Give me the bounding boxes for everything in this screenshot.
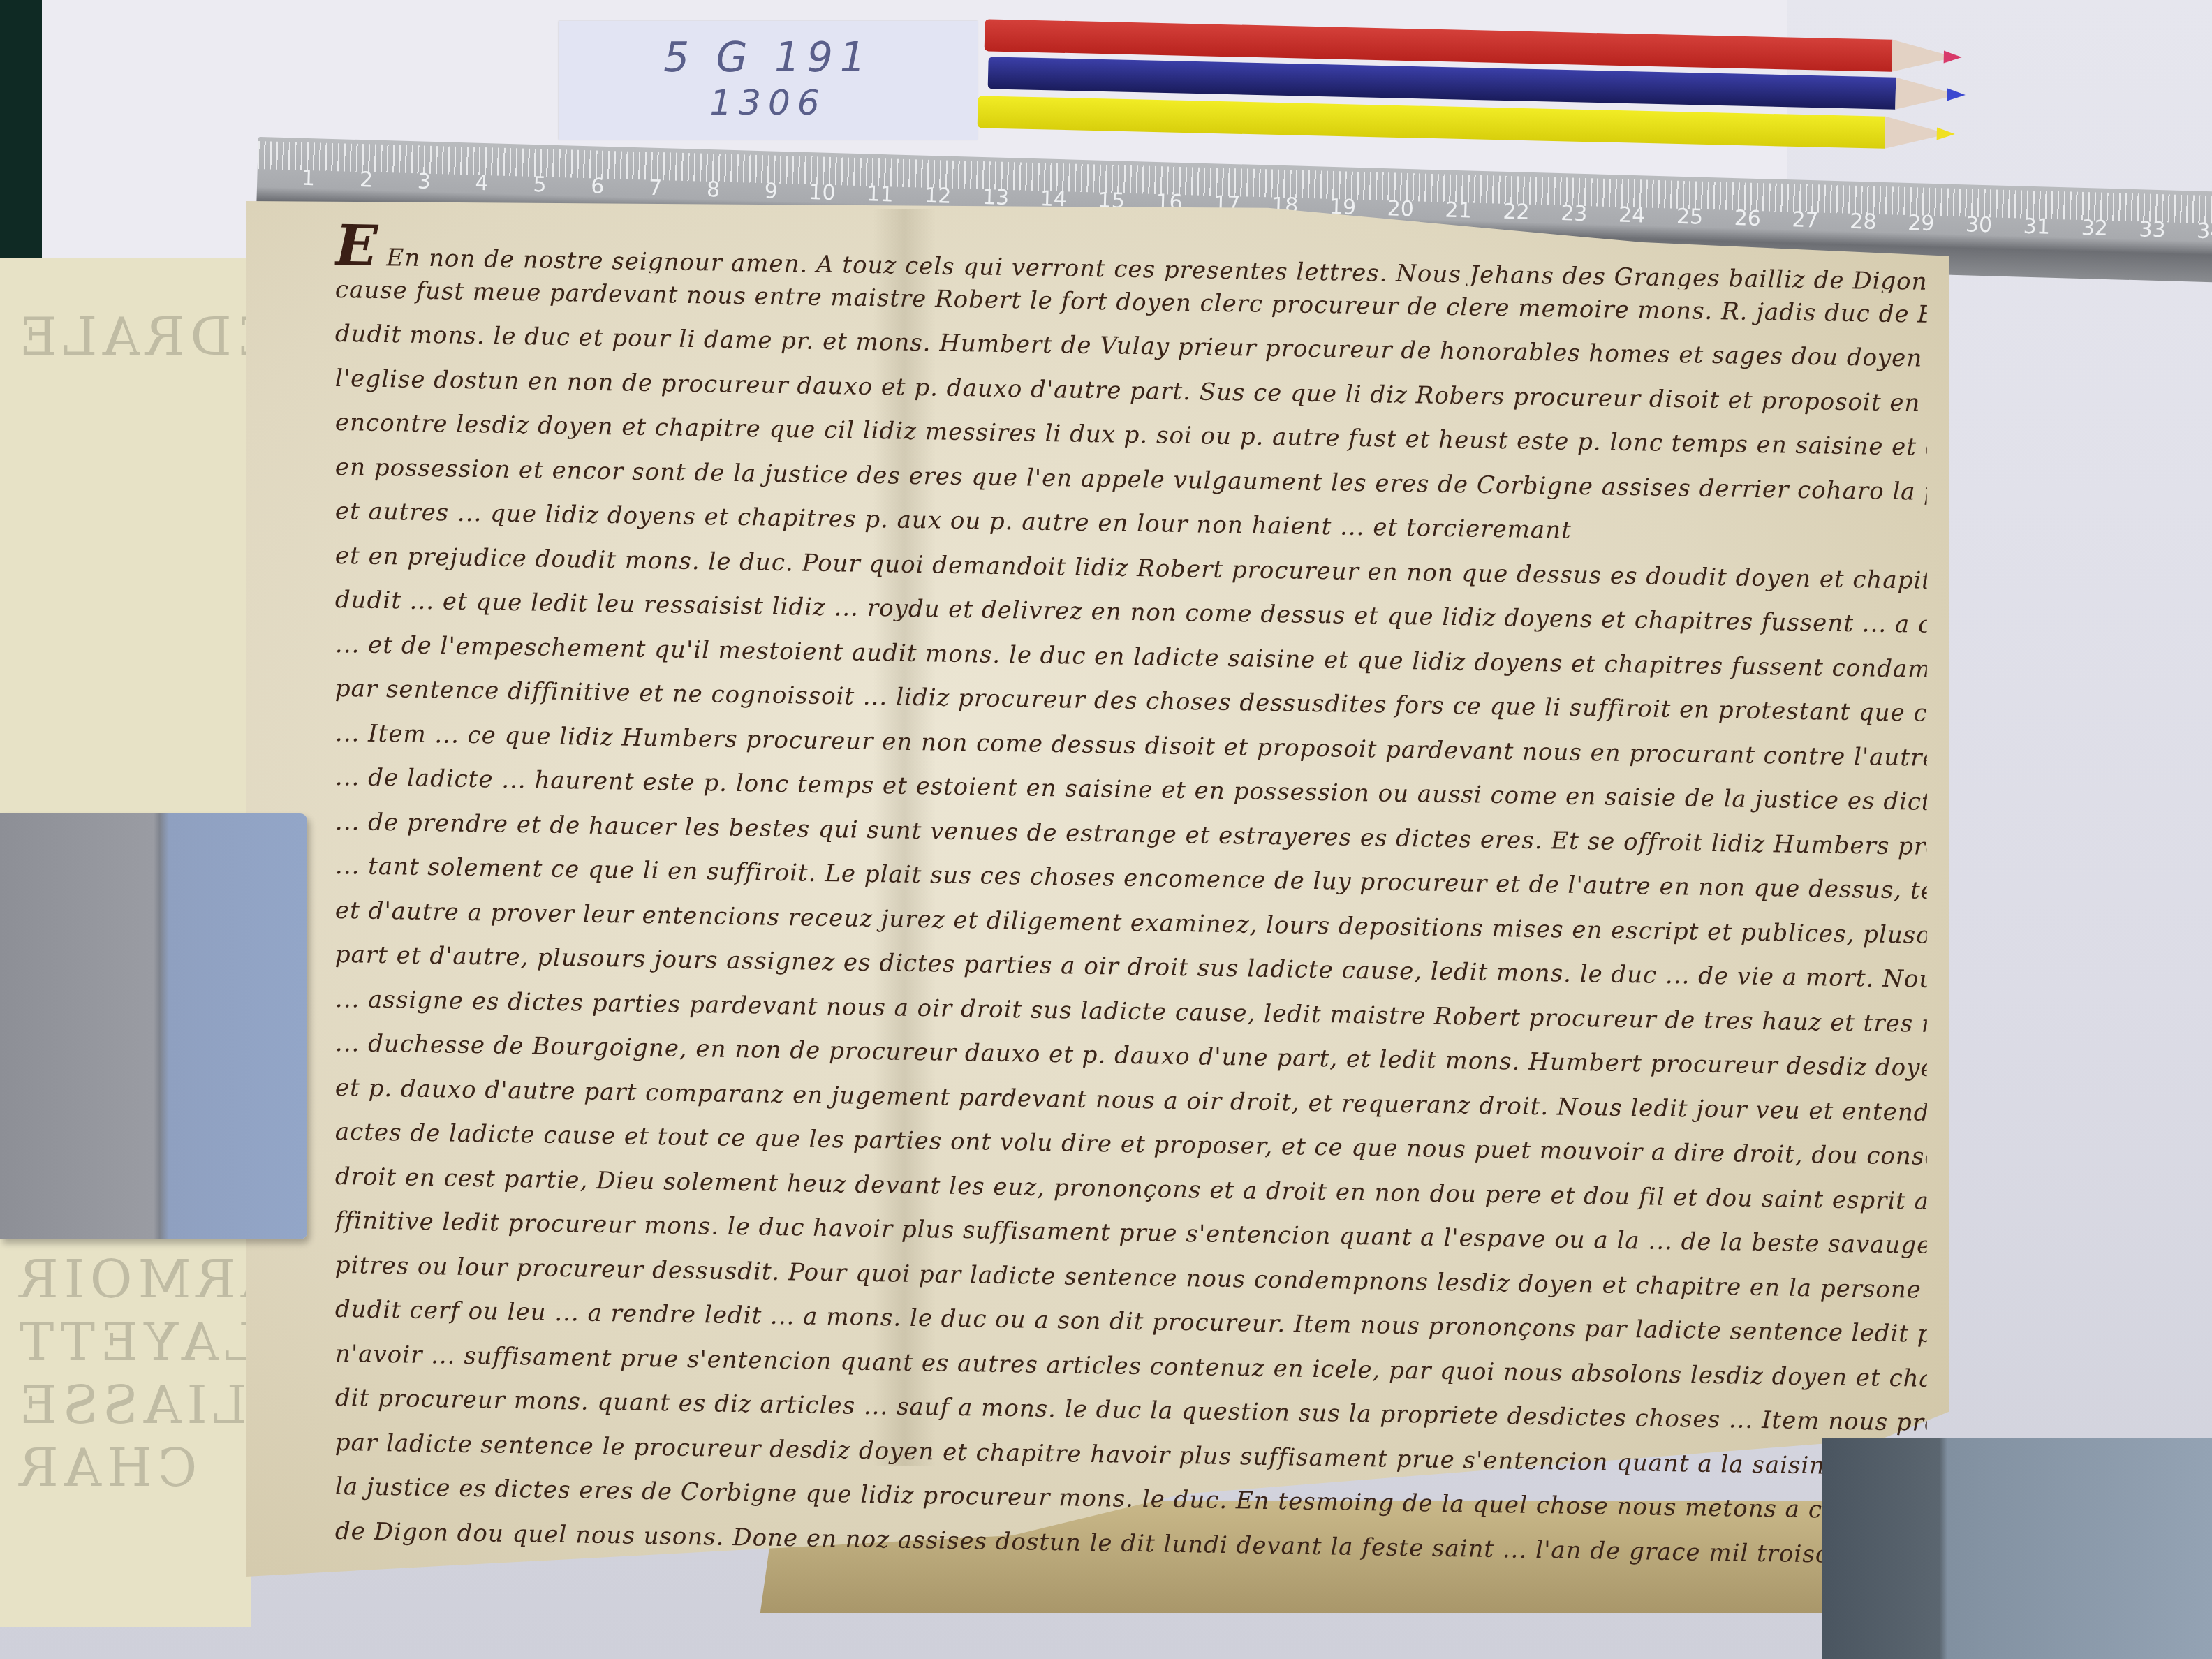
ruler-tick-label: 30 [1934, 212, 1993, 241]
marble-weight-right [1822, 1438, 2212, 1659]
ruler-tick-label: 7 [604, 175, 663, 204]
ruler-tick-label: 31 [1992, 213, 2051, 242]
ruler-tick-label: 3 [372, 168, 431, 198]
marble-weight-left [0, 813, 307, 1239]
charter-text: E En non de nostre seignour amen. A touz… [335, 223, 1927, 1554]
ruler-tick-label: 10 [777, 179, 836, 209]
folder-mirrored-text: EDRALE [14, 307, 275, 367]
ruler-tick-label: 4 [430, 170, 489, 199]
pencil-lead-icon [1947, 88, 1966, 101]
ruler-tick-label: 5 [488, 171, 547, 200]
ruler-tick-label: 6 [546, 173, 605, 202]
ruler-tick-label: 2 [315, 166, 374, 196]
ruler-tick-label: 9 [719, 177, 778, 207]
ruler-tick-label: 34 [2165, 218, 2212, 247]
folder-mirrored-text: ARMOIR [14, 1250, 279, 1310]
pencil-lead-icon [1944, 50, 1962, 64]
ruler-tick-label: 1 [257, 165, 316, 194]
ruler-tick-label: 33 [2107, 216, 2166, 246]
catalogue-label: 5 G 191 1306 [559, 21, 978, 140]
folder-mirrored-text: CHAR [14, 1438, 197, 1498]
folder-mirrored-text: LIASSE [14, 1376, 247, 1436]
ruler-tick-label: 8 [662, 176, 721, 205]
ruler-tick-label: 32 [2049, 215, 2108, 244]
pencil-lead-icon [1937, 127, 1955, 140]
label-year: 1306 [559, 82, 978, 123]
folder-mirrored-text: LAYETT [14, 1313, 259, 1373]
label-shelfmark: 5 G 191 [559, 34, 978, 81]
